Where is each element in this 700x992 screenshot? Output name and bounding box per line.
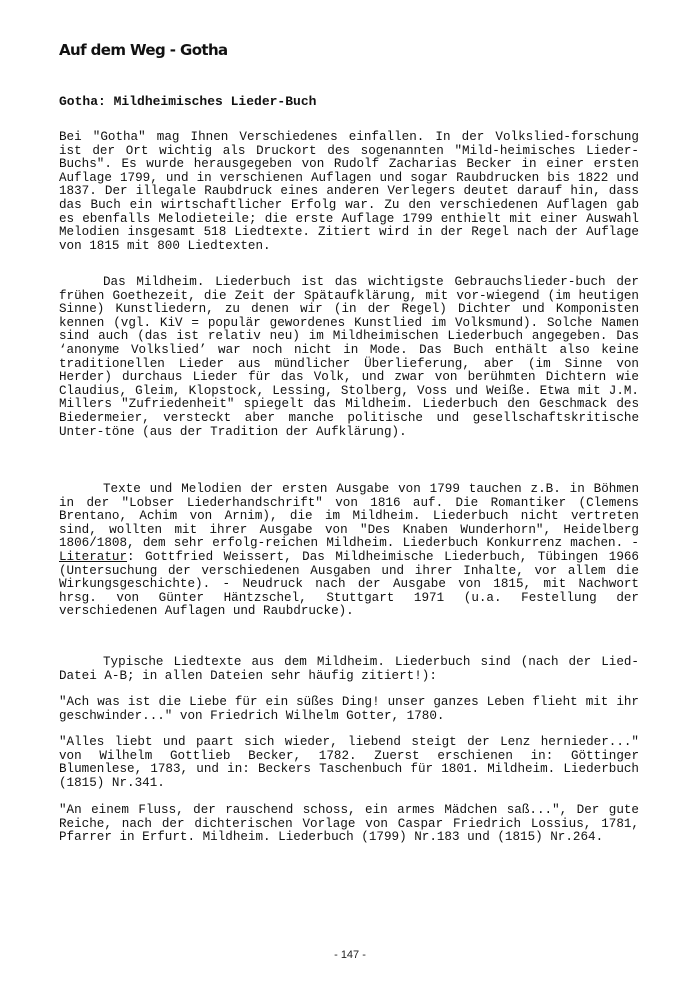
literatur-label: Literatur (59, 550, 127, 564)
paragraph-intro: Bei "Gotha" mag Ihnen Verschiedenes einf… (59, 131, 639, 253)
paragraph-typische-liedtexte: Typische Liedtexte aus dem Mildheim. Lie… (59, 656, 639, 683)
paragraph-texte-melodien: Texte und Melodien der ersten Ausgabe vo… (59, 483, 639, 619)
page-number: - 147 - (0, 949, 700, 961)
running-header: Auf dem Weg - Gotha (59, 41, 228, 59)
quote-ach-was-ist-die-liebe: "Ach was ist die Liebe für ein süßes Din… (59, 696, 639, 723)
paragraph-text: Texte und Melodien der ersten Ausgabe vo… (59, 482, 639, 550)
quote-an-einem-fluss: "An einem Fluss, der rauschend schoss, e… (59, 804, 639, 845)
paragraph-text: : Gottfried Weissert, Das Mildheimische … (59, 550, 639, 618)
quote-alles-liebt: "Alles liebt und paart sich wieder, lieb… (59, 736, 639, 790)
paragraph-mildheim-liederbuch: Das Mildheim. Liederbuch ist das wichtig… (59, 276, 639, 439)
section-title: Gotha: Mildheimisches Lieder-Buch (59, 94, 316, 109)
